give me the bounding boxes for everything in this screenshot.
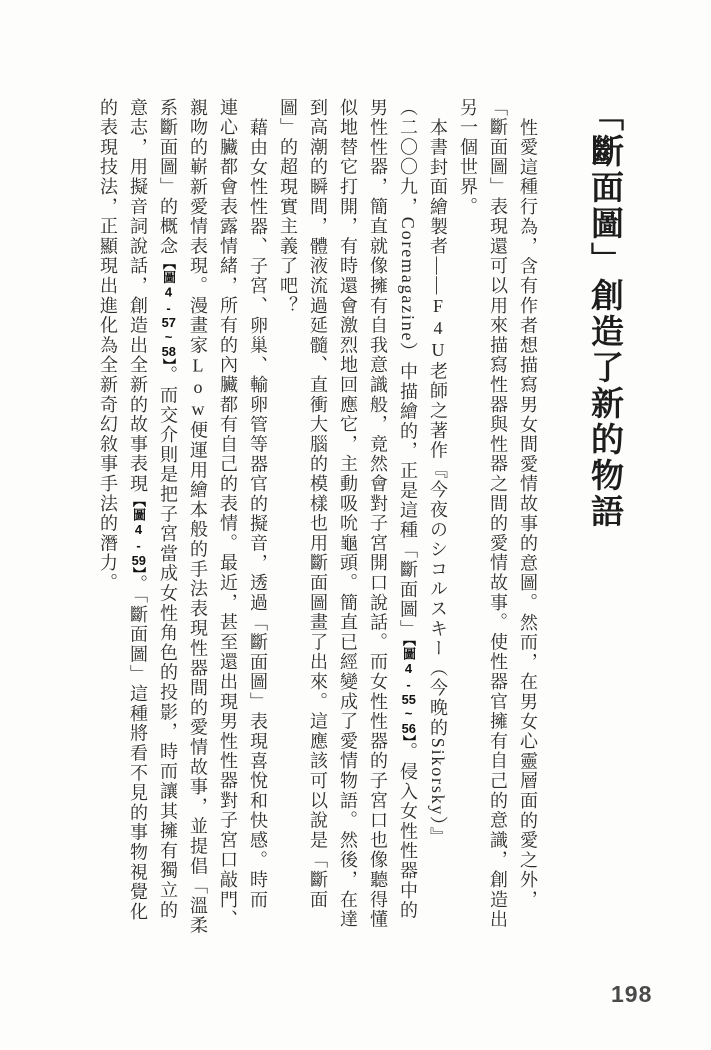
text-column: 圖」的超現實主義了吧？	[273, 98, 303, 946]
text-column: 性愛這種行為，含有作者想描寫男女間愛情故事的意圖。然而，在男女心靈層面的愛之外，	[513, 98, 543, 946]
text-column: 「斷面圖」表現還可以用來描寫性器與性器之間的愛情故事。使性器官擁有自己的意識，創…	[483, 98, 513, 946]
text-column: 到高潮的瞬間，體液流過延髓、直衝大腦的模樣也用斷面圖畫了出來。這應該可以說是「斷…	[303, 98, 333, 946]
text-column: 親吻的嶄新愛情表現。漫畫家Low便運用繪本般的手法表現性器間的愛情故事，並提倡「…	[183, 98, 213, 946]
text-column: 連心臟都會表露情緒，所有的內臟都有自己的表情。最近，甚至還出現男性性器對子宮口敲…	[213, 98, 243, 946]
text-column: 本書封面繪製者——F4U老師之著作『今夜のシコルスキー（今晚的Sikorsky）…	[423, 98, 453, 946]
figure-reference: 【圖4-59】	[131, 494, 146, 575]
book-page: 「斷面圖」創造了新的物語 性愛這種行為，含有作者想描寫男女間愛情故事的意圖。然而…	[0, 0, 711, 1050]
text-column: 似地替它打開，有時還會激烈地回應它，主動吸吮龜頭。簡直已經變成了愛情物語。然後，…	[333, 98, 363, 946]
page-content: 「斷面圖」創造了新的物語 性愛這種行為，含有作者想描寫男女間愛情故事的意圖。然而…	[93, 98, 625, 946]
text-column: 的表現技法，正顯現出進化為全新奇幻敘事手法的潛力。	[93, 98, 123, 946]
figure-reference: 【圖4-55~56】	[401, 639, 416, 742]
text-column: 藉由女性性器、子宮、卵巢、輸卵管等器官的擬音，透過「斷面圖」表現喜悅和快感。時而	[243, 98, 273, 946]
figure-reference: 【圖4-57~58】	[161, 256, 176, 366]
upright-latin: F4U	[428, 296, 448, 361]
upright-latin: Low	[188, 355, 208, 420]
text-column: 系斷面圖」的概念【圖4-57~58】。而交介則是把子宮當成女性角色的投影，時而讓…	[153, 98, 183, 946]
text-column: 意志，用擬音詞說話，創造出全新的故事表現【圖4-59】。「斷面圖」這種將看不見的…	[123, 98, 153, 946]
chapter-title: 「斷面圖」創造了新的物語	[585, 98, 625, 946]
text-column: 男性性器，簡直就像擁有自我意識般，竟然會對子宮開口說話。而女性性器的子宮口也像聽…	[363, 98, 393, 946]
page-number: 198	[611, 981, 652, 1008]
text-column: 另一個世界。	[453, 98, 483, 946]
text-column: （二〇〇九，Coremagazine）中描繪的，正是這種「斷面圖」【圖4-55~…	[393, 98, 423, 946]
